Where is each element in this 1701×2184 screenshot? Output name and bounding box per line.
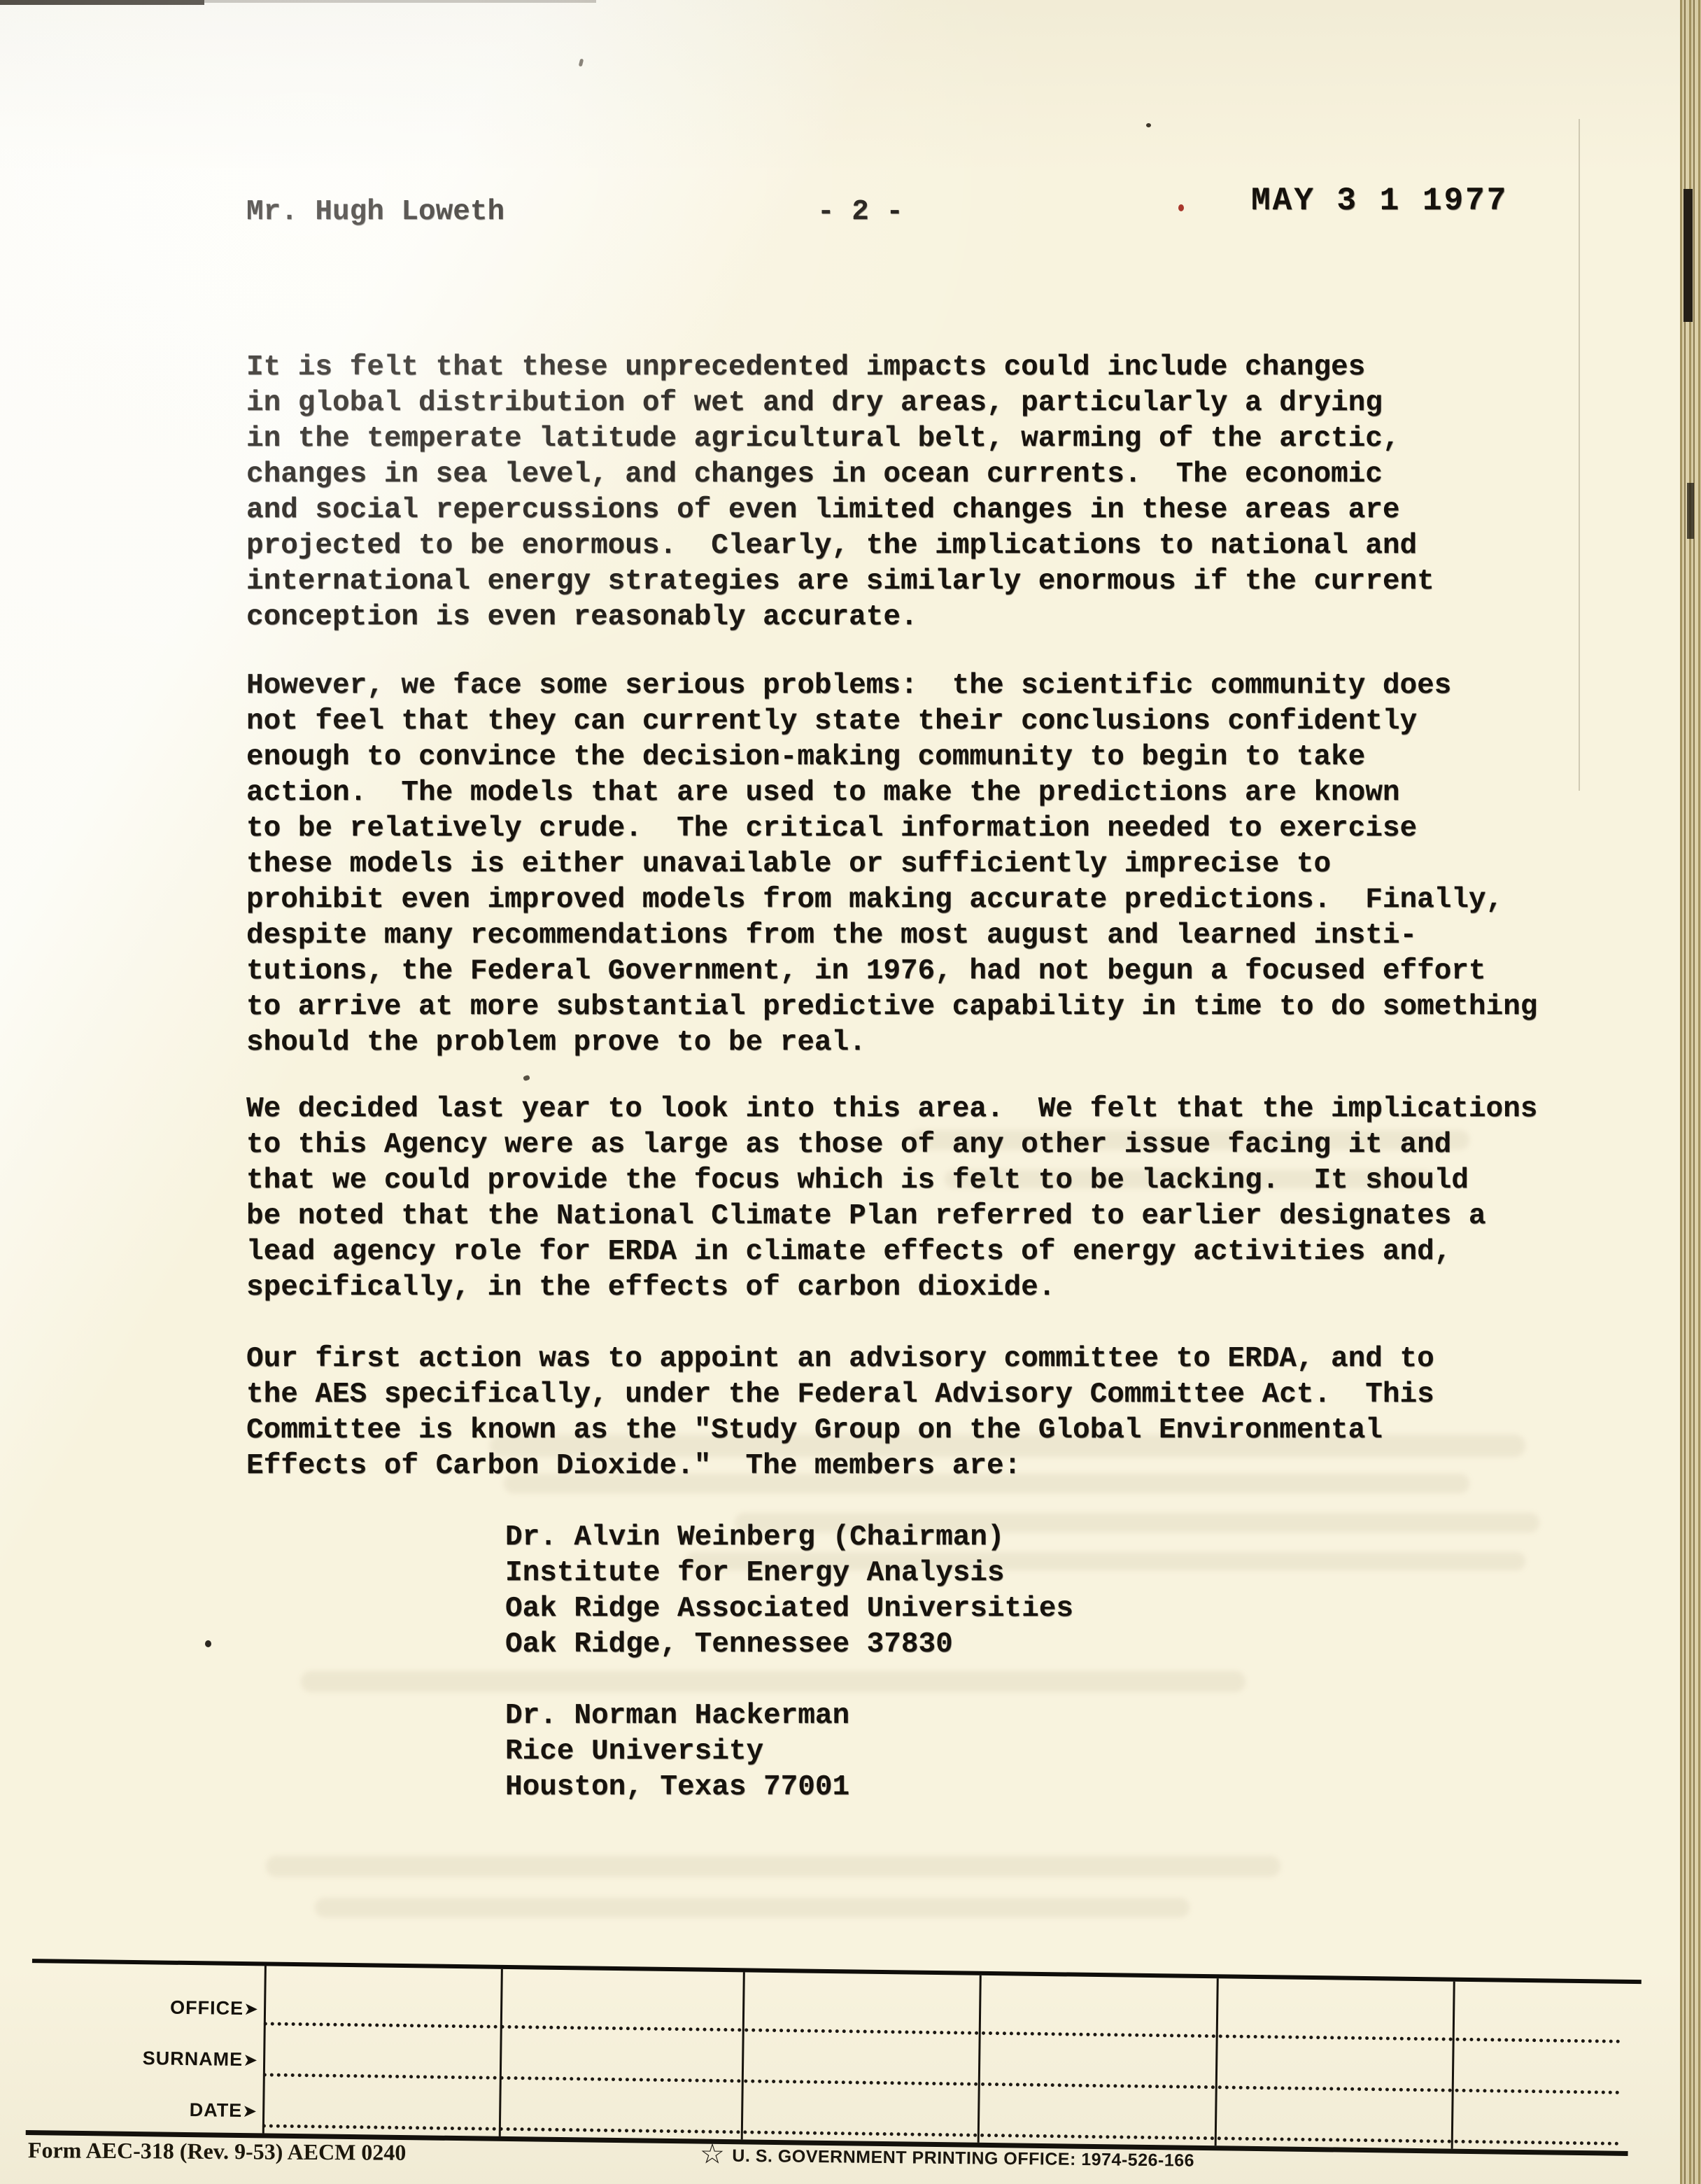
scan-top-edge-fade xyxy=(204,0,596,3)
book-spine-edge xyxy=(1680,0,1701,2184)
surname-dotted-rule xyxy=(263,2073,1621,2094)
arrow-right-icon: ➤ xyxy=(243,2050,257,2070)
paragraph-decision: We decided last year to look into this a… xyxy=(246,1092,1537,1306)
member-address-hackerman: Dr. Norman Hackerman Rice University Hou… xyxy=(505,1698,849,1805)
form-column-divider xyxy=(741,1972,745,2139)
form-column-divider xyxy=(1215,1978,1219,2146)
scanned-letter-page: Mr. Hugh Loweth - 2 - MAY 3 1 1977 It is… xyxy=(0,0,1701,2184)
form-number: Form AEC-318 (Rev. 9-53) AECM 0240 xyxy=(28,2137,407,2166)
paragraph-committee: Our first action was to appoint an advis… xyxy=(246,1341,1434,1484)
scan-top-edge xyxy=(0,0,204,5)
page-number: - 2 - xyxy=(817,195,903,230)
member-address-weinberg: Dr. Alvin Weinberg (Chairman) Institute … xyxy=(505,1520,1073,1663)
bleed-through-smudge xyxy=(301,1671,1245,1692)
addressee: Mr. Hugh Loweth xyxy=(246,195,504,230)
bleed-through-smudge xyxy=(315,1898,1190,1917)
red-ink-speck xyxy=(1178,204,1184,211)
form-top-border xyxy=(32,1959,1642,1984)
gpo-credit-text: U. S. GOVERNMENT PRINTING OFFICE: 1974-5… xyxy=(732,2146,1194,2171)
arrow-right-icon: ➤ xyxy=(242,2101,257,2121)
date-stamp: MAY 3 1 1977 xyxy=(1251,183,1508,219)
form-column-divider xyxy=(977,1975,982,2143)
paper-crease xyxy=(1579,119,1580,791)
office-dotted-rule xyxy=(264,2022,1621,2043)
form-column-divider xyxy=(499,1969,503,2136)
paragraph-problems: However, we face some serious problems: … xyxy=(246,668,1537,1061)
form-label-date: DATE➤ xyxy=(26,2097,257,2122)
edge-shadow xyxy=(1684,189,1693,322)
arrow-right-icon: ➤ xyxy=(243,1999,258,2019)
ink-speck xyxy=(1146,123,1151,127)
form-label-surname: SURNAME➤ xyxy=(27,2046,257,2071)
ink-speck xyxy=(579,59,584,67)
form-label-office: OFFICE➤ xyxy=(27,1995,258,2020)
date-label-text: DATE xyxy=(190,2099,243,2121)
office-label-text: OFFICE xyxy=(170,1997,243,2019)
form-column-divider xyxy=(262,1966,267,2133)
paragraph-impacts: It is felt that these unprecedented impa… xyxy=(246,350,1434,635)
edge-shadow xyxy=(1687,483,1694,539)
ink-speck xyxy=(523,1075,530,1081)
gpo-credit: ☆ U. S. GOVERNMENT PRINTING OFFICE: 1974… xyxy=(700,2146,1194,2171)
ink-speck xyxy=(205,1640,211,1647)
routing-form: OFFICE➤ SURNAME➤ DATE➤ xyxy=(26,1959,1646,2157)
form-column-divider xyxy=(1451,1982,1455,2149)
surname-label-text: SURNAME xyxy=(142,2048,243,2070)
bleed-through-smudge xyxy=(266,1856,1280,1877)
star-icon: ☆ xyxy=(700,2146,726,2163)
